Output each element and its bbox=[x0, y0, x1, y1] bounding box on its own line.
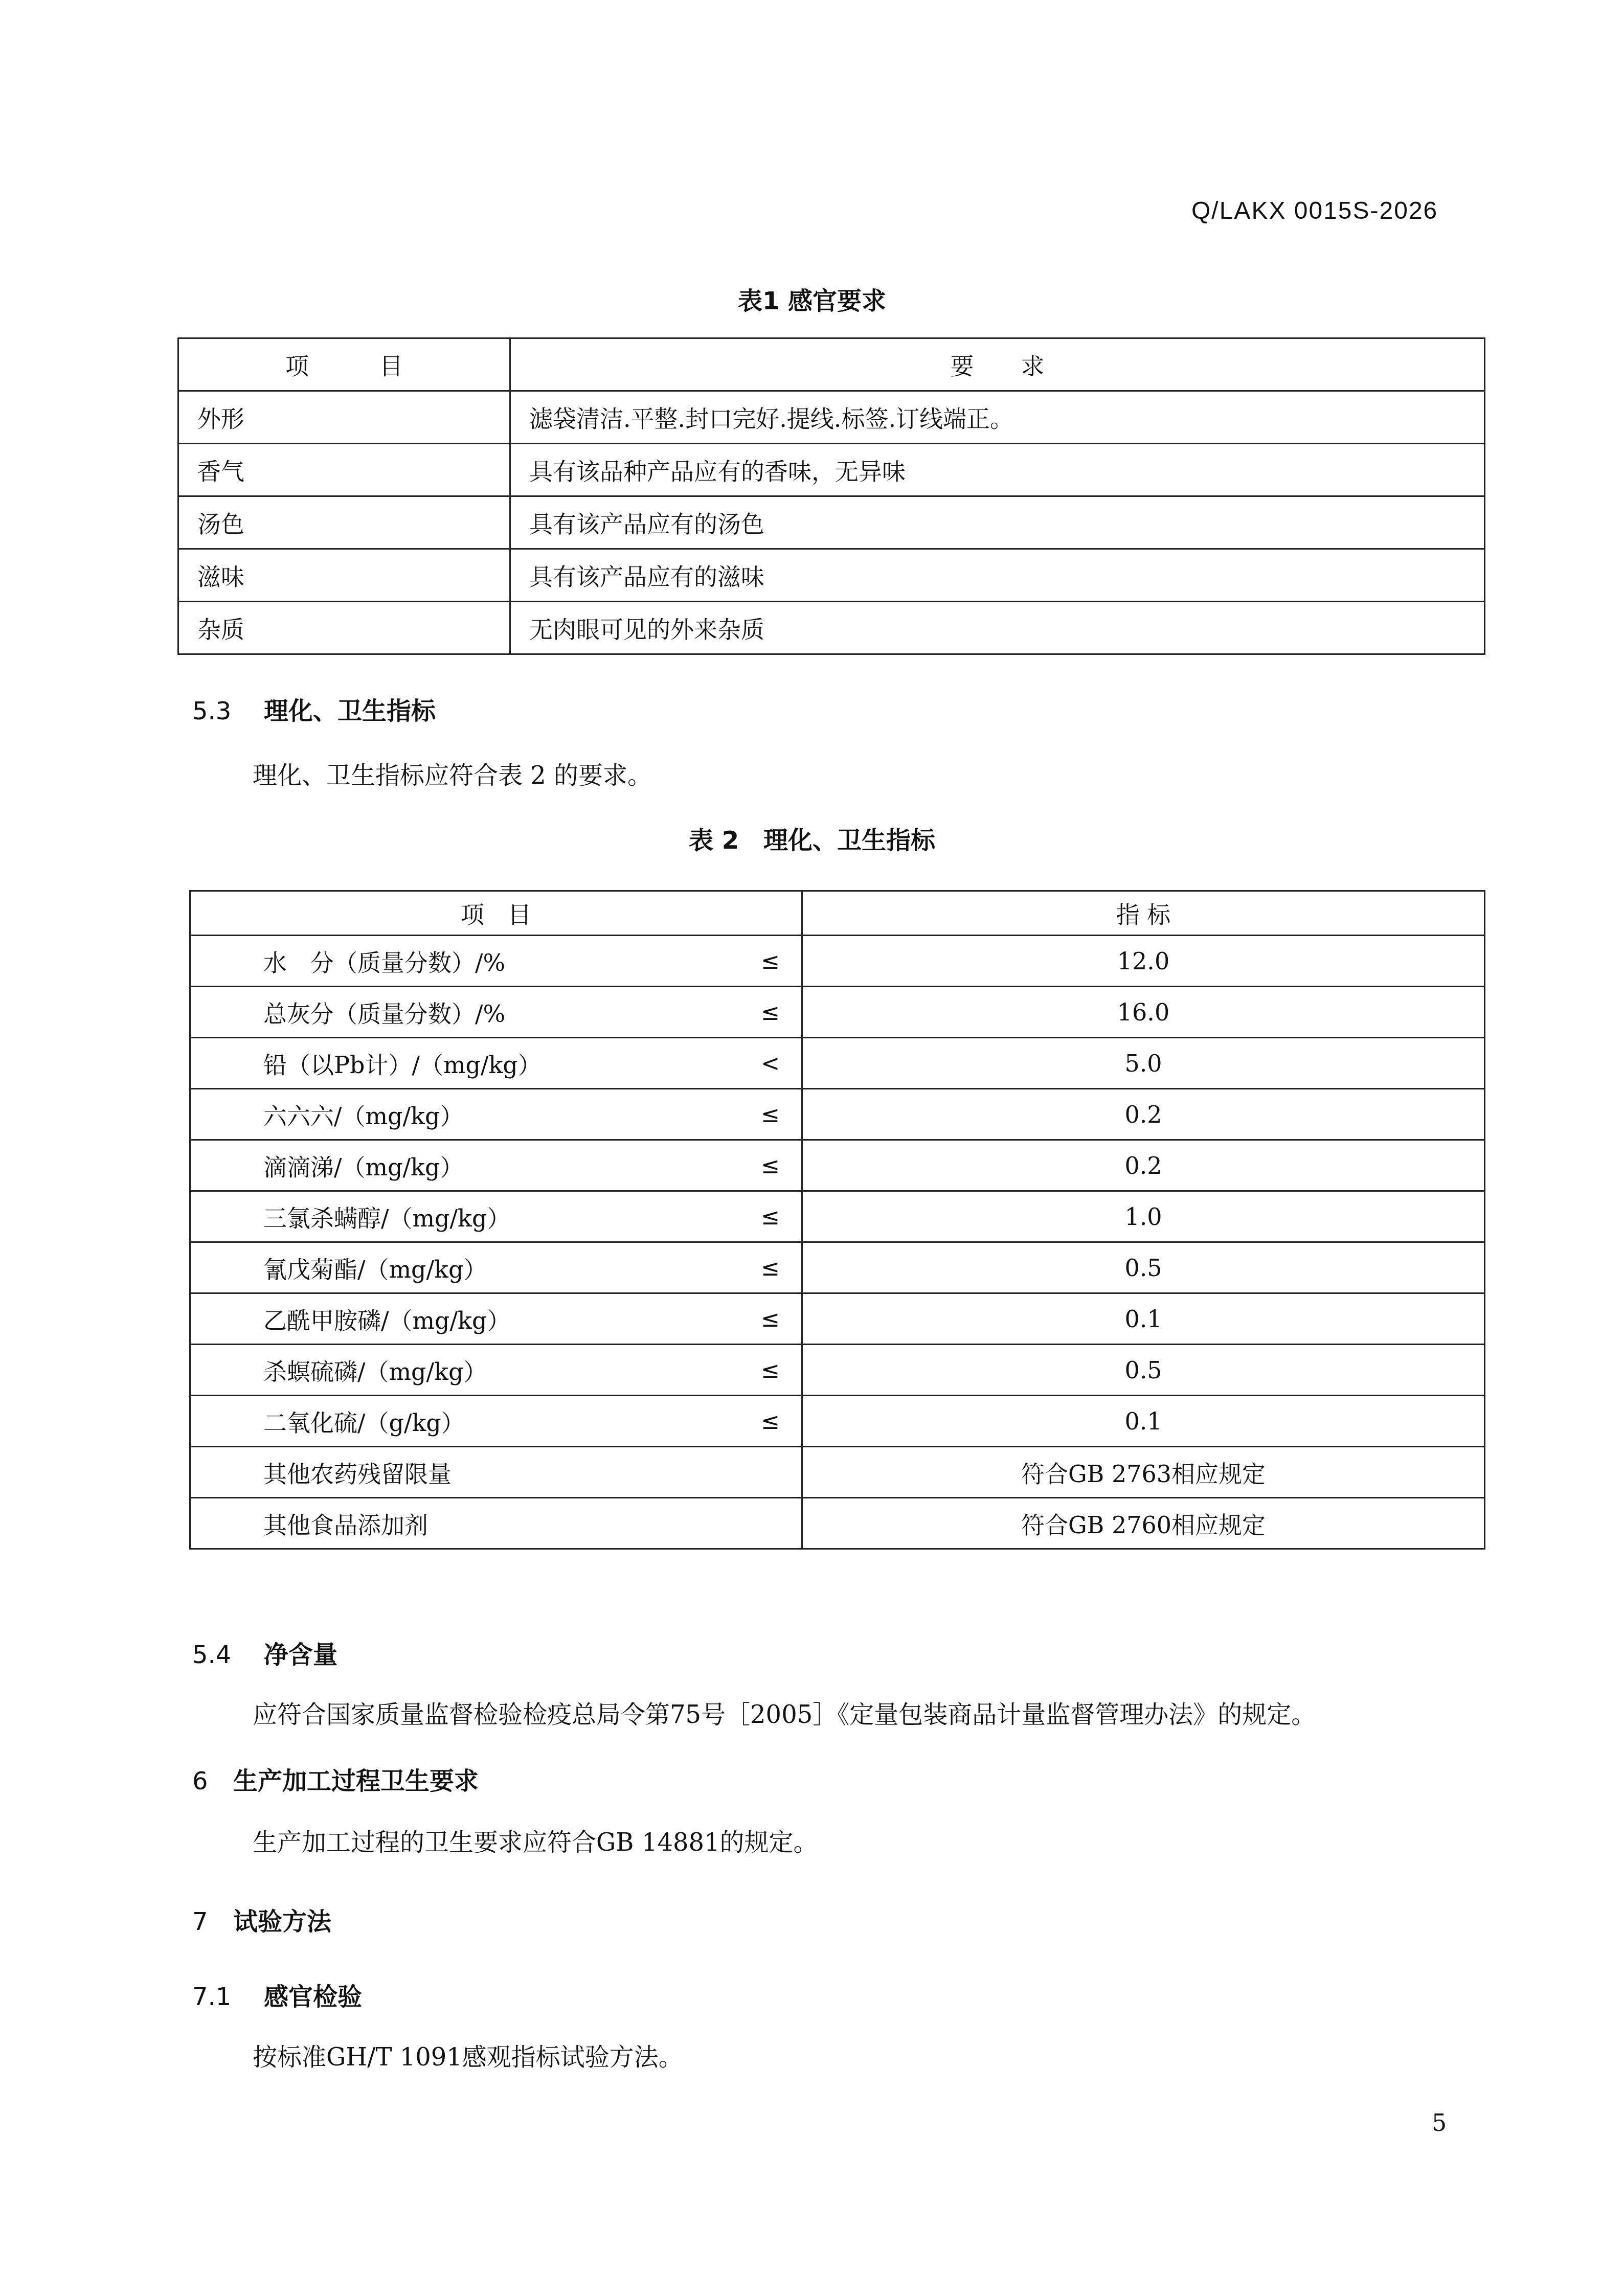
cell-item: 三氯杀螨醇/（mg/kg）≤ bbox=[190, 1191, 802, 1242]
cell-requirement: 滤袋清洁.平整.封口完好.提线.标签.订线端正。 bbox=[510, 391, 1485, 444]
table-row: 铅（以Pb计）/（mg/kg）< 5.0 bbox=[190, 1038, 1485, 1089]
cell-value: 16.0 bbox=[802, 987, 1485, 1038]
cell-requirement: 无肉眼可见的外来杂质 bbox=[510, 602, 1485, 654]
section-7-heading: 7试验方法 bbox=[192, 1902, 331, 1937]
table-header-row: 项 目 指 标 bbox=[190, 891, 1485, 936]
comparison-operator: ≤ bbox=[761, 1101, 780, 1127]
cell-item: 外形 bbox=[178, 391, 510, 444]
cell-value: 0.1 bbox=[802, 1396, 1485, 1447]
cell-item: 杂质 bbox=[178, 602, 510, 654]
cell-value: 0.1 bbox=[802, 1293, 1485, 1345]
table-row: 二氧化硫/（g/kg）≤ 0.1 bbox=[190, 1396, 1485, 1447]
cell-value: 0.5 bbox=[802, 1242, 1485, 1293]
cell-item: 香气 bbox=[178, 444, 510, 496]
table-header-row: 项 目 要 求 bbox=[178, 338, 1485, 391]
table2-caption: 表 2 理化、卫生指标 bbox=[0, 821, 1624, 856]
cell-value: 1.0 bbox=[802, 1191, 1485, 1242]
section-7-1-text: 按标准GH/T 1091感观指标试验方法。 bbox=[253, 2037, 683, 2073]
cell-item: 滋味 bbox=[178, 549, 510, 602]
table-row: 滋味 具有该产品应有的滋味 bbox=[178, 549, 1485, 602]
table-row: 香气 具有该品种产品应有的香味，无异味 bbox=[178, 444, 1485, 496]
column-header-item: 项 目 bbox=[190, 891, 802, 936]
section-5-3-text: 理化、卫生指标应符合表 2 的要求。 bbox=[253, 756, 652, 791]
page-number: 5 bbox=[1432, 2109, 1447, 2136]
comparison-operator: ≤ bbox=[761, 1357, 780, 1383]
cell-item: 乙酰甲胺磷/（mg/kg）≤ bbox=[190, 1293, 802, 1345]
table-row: 外形 滤袋清洁.平整.封口完好.提线.标签.订线端正。 bbox=[178, 391, 1485, 444]
table-row: 其他农药残留限量 符合GB 2763相应规定 bbox=[190, 1447, 1485, 1498]
cell-item: 水 分（质量分数）/%≤ bbox=[190, 936, 802, 987]
comparison-operator: ≤ bbox=[761, 948, 780, 974]
table-row: 六六六/（mg/kg）≤ 0.2 bbox=[190, 1089, 1485, 1140]
cell-value: 5.0 bbox=[802, 1038, 1485, 1089]
cell-value: 0.5 bbox=[802, 1345, 1485, 1396]
cell-value: 0.2 bbox=[802, 1089, 1485, 1140]
table-row: 杀螟硫磷/（mg/kg）≤ 0.5 bbox=[190, 1345, 1485, 1396]
cell-value: 12.0 bbox=[802, 936, 1485, 987]
sensory-requirements-table: 项 目 要 求 外形 滤袋清洁.平整.封口完好.提线.标签.订线端正。 香气 具… bbox=[177, 337, 1485, 655]
table-row: 三氯杀螨醇/（mg/kg）≤ 1.0 bbox=[190, 1191, 1485, 1242]
section-number: 6 bbox=[192, 1767, 233, 1795]
section-number: 7 bbox=[192, 1907, 233, 1936]
cell-value: 符合GB 2763相应规定 bbox=[802, 1447, 1485, 1498]
cell-requirement: 具有该品种产品应有的香味，无异味 bbox=[510, 444, 1485, 496]
table-row: 乙酰甲胺磷/（mg/kg）≤ 0.1 bbox=[190, 1293, 1485, 1345]
document-number: Q/LAKX 0015S-2026 bbox=[1191, 197, 1438, 225]
table-row: 总灰分（质量分数）/%≤ 16.0 bbox=[190, 987, 1485, 1038]
table-row: 氰戊菊酯/（mg/kg）≤ 0.5 bbox=[190, 1242, 1485, 1293]
column-header-requirement: 要 求 bbox=[510, 338, 1485, 391]
cell-item: 氰戊菊酯/（mg/kg）≤ bbox=[190, 1242, 802, 1293]
section-title: 理化、卫生指标 bbox=[264, 697, 436, 725]
section-6-text: 生产加工过程的卫生要求应符合GB 14881的规定。 bbox=[253, 1823, 818, 1858]
section-7-1-heading: 7.1感官检验 bbox=[192, 1977, 362, 2012]
section-number: 7.1 bbox=[192, 1983, 264, 2011]
section-5-4-heading: 5.4净含量 bbox=[192, 1635, 337, 1670]
section-title: 生产加工过程卫生要求 bbox=[233, 1767, 479, 1795]
cell-requirement: 具有该产品应有的滋味 bbox=[510, 549, 1485, 602]
section-title: 试验方法 bbox=[233, 1907, 331, 1936]
table-row: 水 分（质量分数）/%≤ 12.0 bbox=[190, 936, 1485, 987]
column-header-indicator: 指 标 bbox=[802, 891, 1485, 936]
column-header-item: 项 目 bbox=[178, 338, 510, 391]
cell-item: 总灰分（质量分数）/%≤ bbox=[190, 987, 802, 1038]
comparison-operator: ≤ bbox=[761, 1203, 780, 1230]
cell-item: 其他食品添加剂 bbox=[190, 1498, 802, 1549]
cell-item: 杀螟硫磷/（mg/kg）≤ bbox=[190, 1345, 802, 1396]
cell-item: 六六六/（mg/kg）≤ bbox=[190, 1089, 802, 1140]
comparison-operator: < bbox=[761, 1050, 780, 1076]
cell-item: 铅（以Pb计）/（mg/kg）< bbox=[190, 1038, 802, 1089]
section-number: 5.3 bbox=[192, 697, 264, 725]
cell-item: 汤色 bbox=[178, 496, 510, 549]
section-title: 感官检验 bbox=[264, 1983, 362, 2011]
table-row: 汤色 具有该产品应有的汤色 bbox=[178, 496, 1485, 549]
cell-value: 符合GB 2760相应规定 bbox=[802, 1498, 1485, 1549]
section-5-4-text: 应符合国家质量监督检验检疫总局令第75号［2005］《定量包装商品计量监督管理办… bbox=[253, 1695, 1316, 1730]
table-row: 滴滴涕/（mg/kg）≤ 0.2 bbox=[190, 1140, 1485, 1191]
cell-item: 二氧化硫/（g/kg）≤ bbox=[190, 1396, 802, 1447]
table1-caption: 表1 感官要求 bbox=[0, 281, 1624, 316]
comparison-operator: ≤ bbox=[761, 1306, 780, 1332]
comparison-operator: ≤ bbox=[761, 1152, 780, 1178]
table-row: 杂质 无肉眼可见的外来杂质 bbox=[178, 602, 1485, 654]
cell-requirement: 具有该产品应有的汤色 bbox=[510, 496, 1485, 549]
table-row: 其他食品添加剂 符合GB 2760相应规定 bbox=[190, 1498, 1485, 1549]
comparison-operator: ≤ bbox=[761, 999, 780, 1025]
section-number: 5.4 bbox=[192, 1641, 264, 1669]
section-6-heading: 6生产加工过程卫生要求 bbox=[192, 1761, 479, 1797]
physicochemical-indicators-table: 项 目 指 标 水 分（质量分数）/%≤ 12.0 总灰分（质量分数）/%≤ 1… bbox=[189, 890, 1485, 1550]
cell-item: 滴滴涕/（mg/kg）≤ bbox=[190, 1140, 802, 1191]
comparison-operator: ≤ bbox=[761, 1255, 780, 1281]
cell-item: 其他农药残留限量 bbox=[190, 1447, 802, 1498]
cell-value: 0.2 bbox=[802, 1140, 1485, 1191]
section-5-3-heading: 5.3理化、卫生指标 bbox=[192, 691, 436, 726]
section-title: 净含量 bbox=[264, 1641, 337, 1669]
comparison-operator: ≤ bbox=[761, 1408, 780, 1434]
